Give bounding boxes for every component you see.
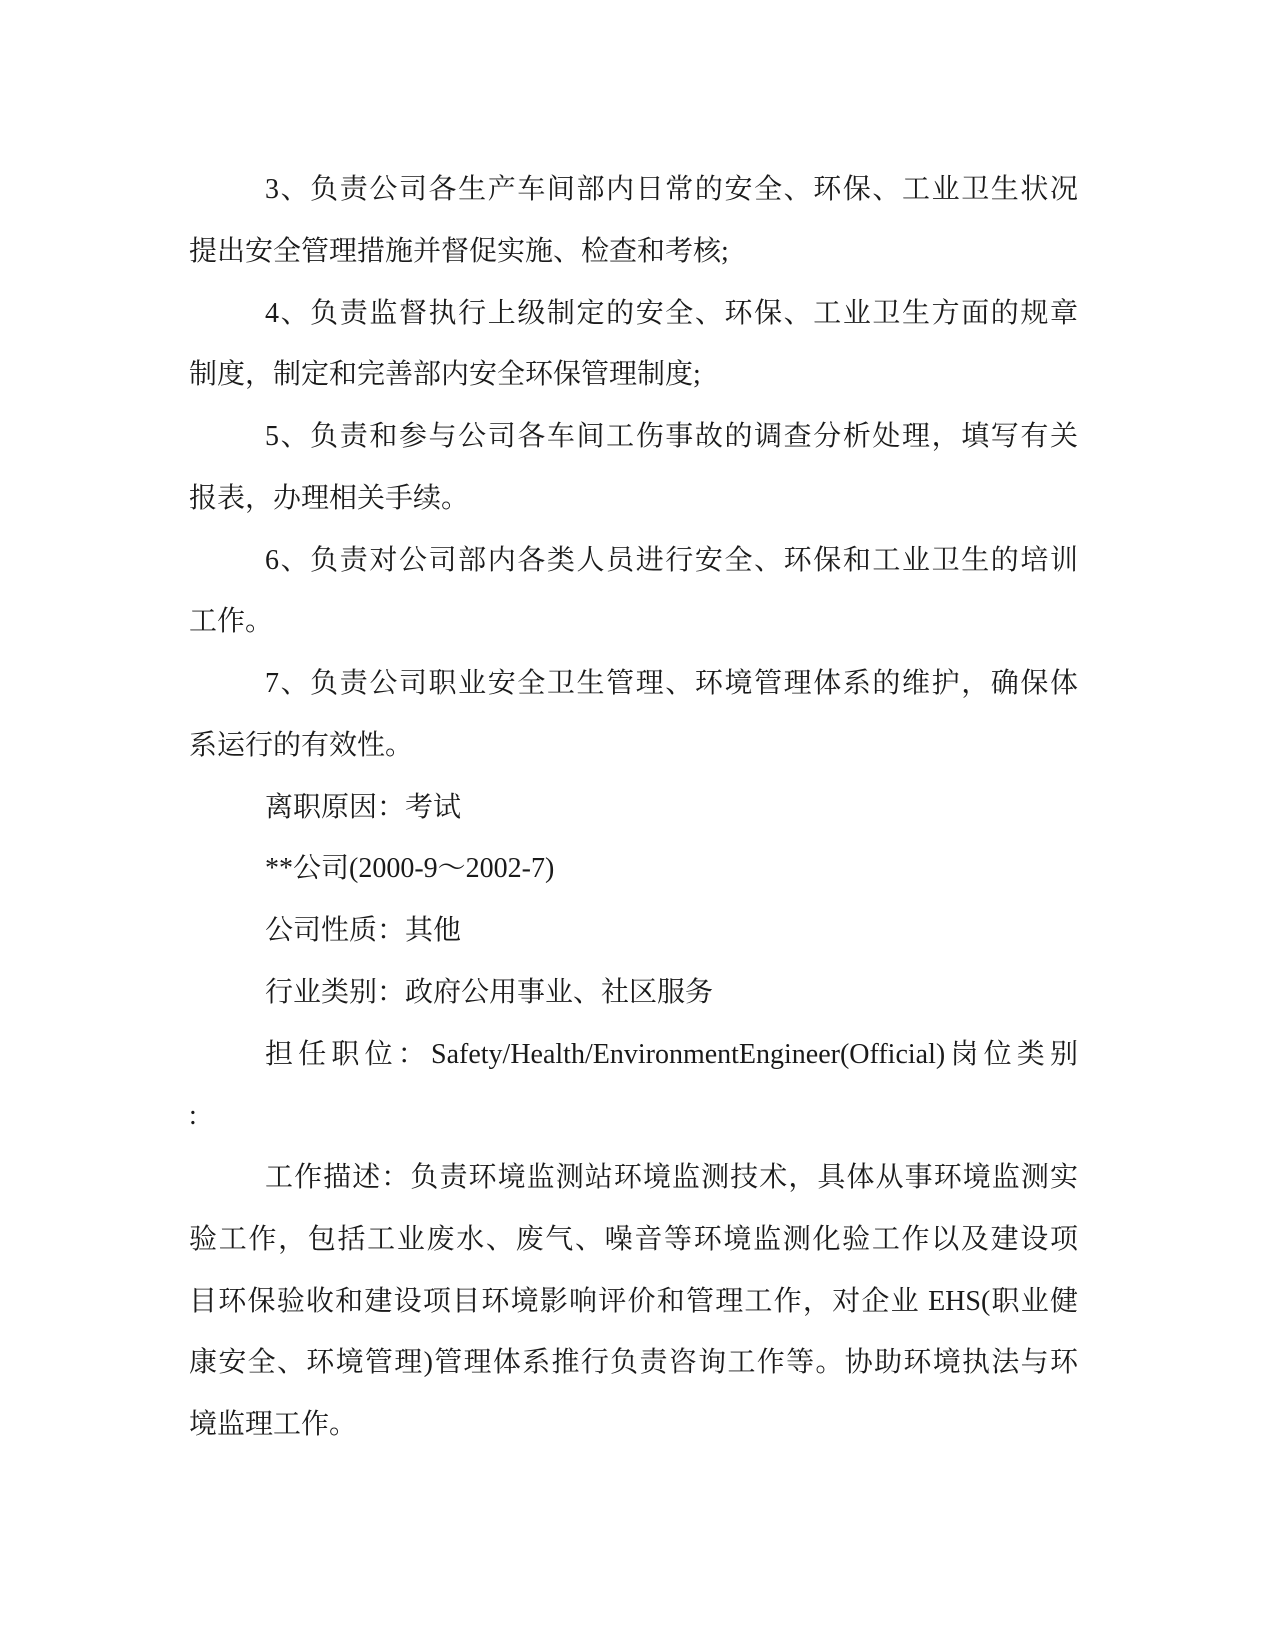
document-line: 报表，办理相关手续。 xyxy=(189,468,1078,530)
document-line: 3、负责公司各生产车间部内日常的安全、环保、工业卫生状况 xyxy=(189,159,1078,221)
document-line: 提出安全管理措施并督促实施、检查和考核; xyxy=(189,221,1078,283)
document-line: 验工作，包括工业废水、废气、噪音等环境监测化验工作以及建设项 xyxy=(189,1209,1078,1271)
document-line: 6、负责对公司部内各类人员进行安全、环保和工业卫生的培训 xyxy=(189,530,1078,592)
document-line: 目环保验收和建设项目环境影响评价和管理工作，对企业 EHS(职业健 xyxy=(189,1271,1078,1333)
document-line: 工作。 xyxy=(189,591,1078,653)
document-line: 5、负责和参与公司各车间工伤事故的调查分析处理，填写有关 xyxy=(189,406,1078,468)
document-line: 7、负责公司职业安全卫生管理、环境管理体系的维护，确保体 xyxy=(189,653,1078,715)
document-line: 康安全、环境管理)管理体系推行负责咨询工作等。协助环境执法与环 xyxy=(189,1332,1078,1394)
document-text-block: 3、负责公司各生产车间部内日常的安全、环保、工业卫生状况提出安全管理措施并督促实… xyxy=(189,159,1078,1456)
document-line: 行业类别：政府公用事业、社区服务 xyxy=(189,962,1078,1024)
document-page: 3、负责公司各生产车间部内日常的安全、环保、工业卫生状况提出安全管理措施并督促实… xyxy=(0,0,1275,1650)
document-line: 制度，制定和完善部内安全环保管理制度; xyxy=(189,344,1078,406)
document-line: 系运行的有效性。 xyxy=(189,715,1078,777)
document-line: 4、负责监督执行上级制定的安全、环保、工业卫生方面的规章 xyxy=(189,283,1078,345)
document-line: 公司性质：其他 xyxy=(189,900,1078,962)
document-line: 担任职位：Safety/Health/EnvironmentEngineer(O… xyxy=(189,1024,1078,1086)
document-line: 工作描述：负责环境监测站环境监测技术，具体从事环境监测实 xyxy=(189,1147,1078,1209)
document-line: : xyxy=(189,1085,1078,1147)
document-line: 离职原因：考试 xyxy=(189,777,1078,839)
document-line: 境监理工作。 xyxy=(189,1394,1078,1456)
document-line: **公司(2000-9～2002-7) xyxy=(189,838,1078,900)
